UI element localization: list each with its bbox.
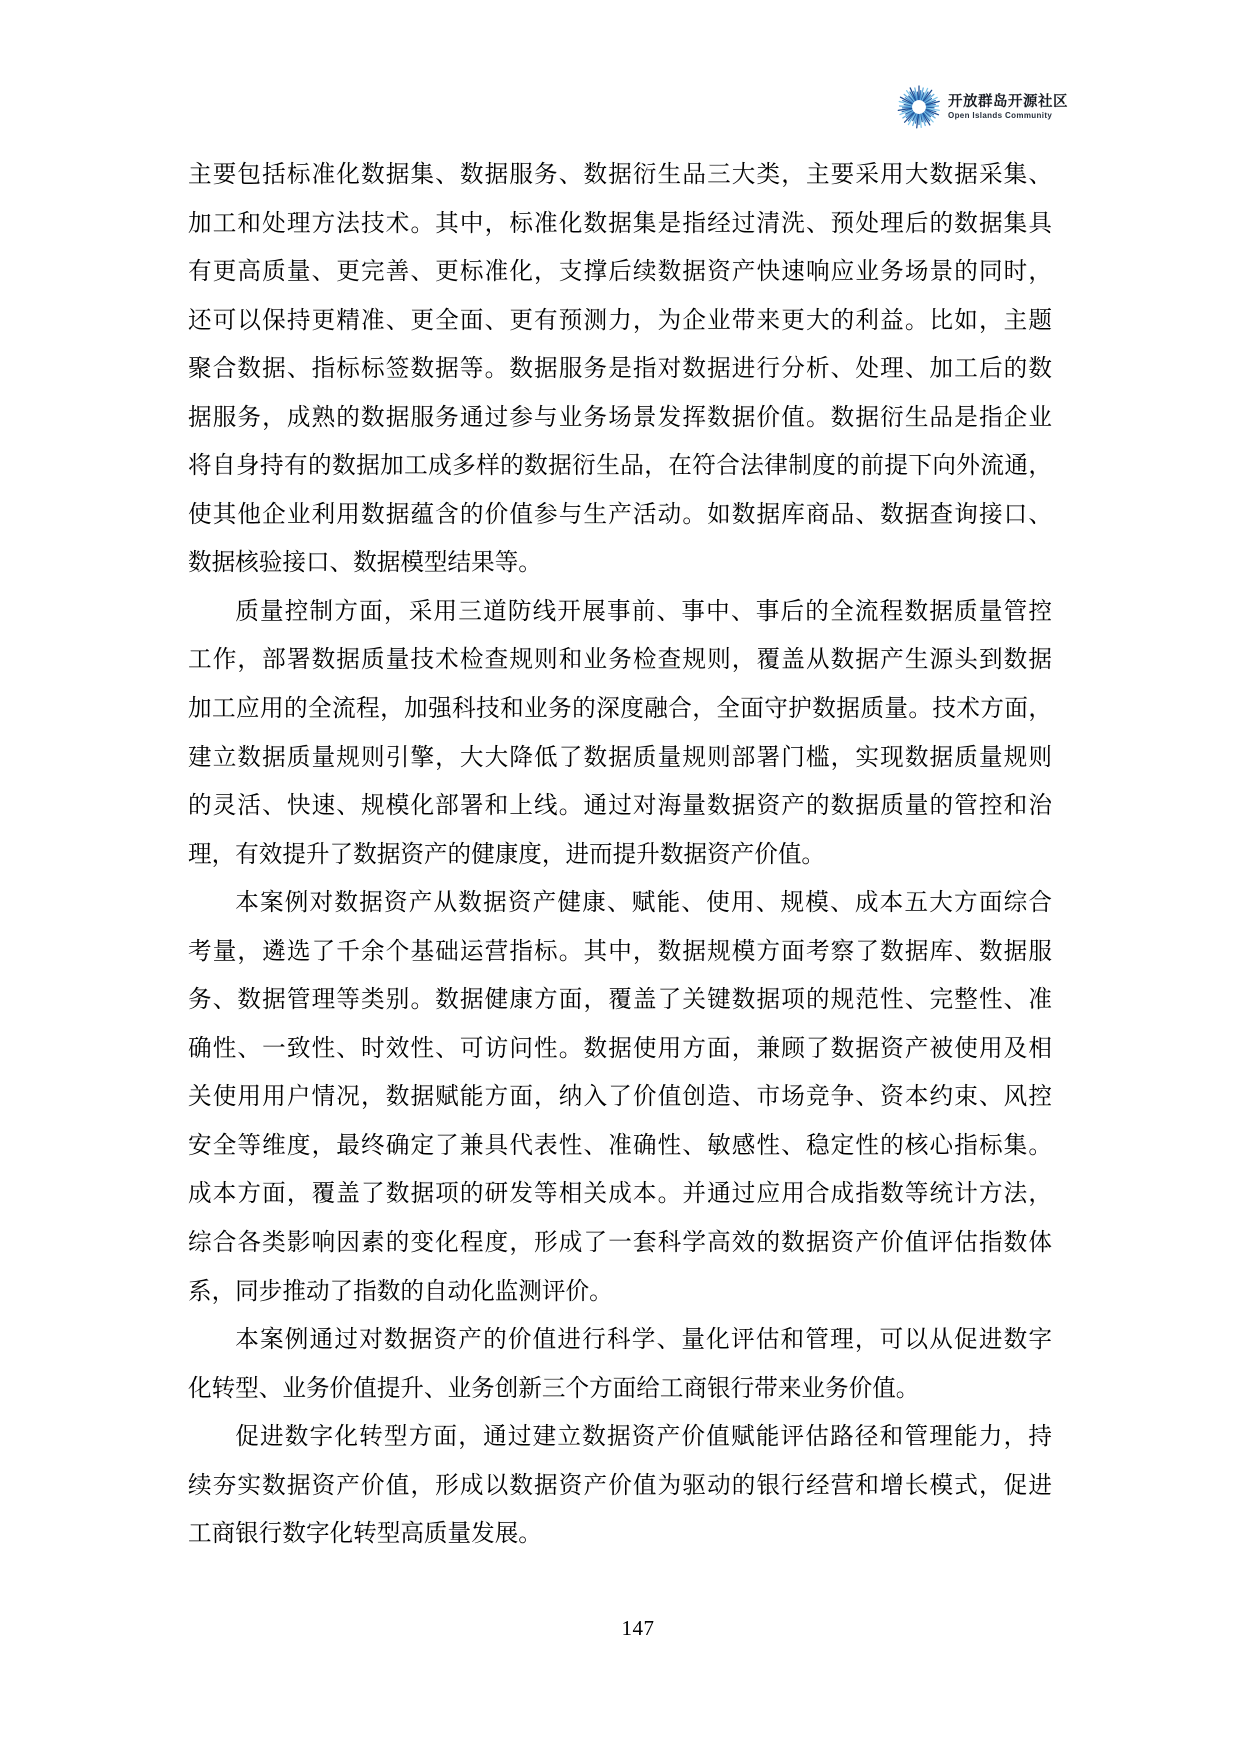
- document-page: 开放群岛开源社区 Open Islands Community 主要包括标准化数…: [0, 0, 1240, 1753]
- text-line: 促进数字化转型方面，通过建立数据资产价值赋能评估路径和管理能力，持: [188, 1413, 1052, 1462]
- logo-subtitle: Open Islands Community: [948, 111, 1068, 120]
- text-line: 有更高质量、更完善、更标准化，支撑后续数据资产快速响应业务场景的同时，: [188, 248, 1052, 297]
- text-line: 的灵活、快速、规模化部署和上线。通过对海量数据资产的数据质量的管控和治: [188, 782, 1052, 831]
- paragraph: 主要包括标准化数据集、数据服务、数据衍生品三大类，主要采用大数据采集、加工和处理…: [188, 151, 1052, 588]
- text-line: 确性、一致性、时效性、可访问性。数据使用方面，兼顾了数据资产被使用及相: [188, 1025, 1052, 1074]
- logo-text: 开放群岛开源社区 Open Islands Community: [948, 94, 1068, 120]
- text-line: 主要包括标准化数据集、数据服务、数据衍生品三大类，主要采用大数据采集、: [188, 151, 1052, 200]
- logo-title: 开放群岛开源社区: [948, 94, 1068, 110]
- paragraph: 质量控制方面，采用三道防线开展事前、事中、事后的全流程数据质量管控工作，部署数据…: [188, 588, 1052, 879]
- text-line: 系，同步推动了指数的自动化监测评价。: [188, 1268, 1052, 1317]
- text-line: 工商银行数字化转型高质量发展。: [188, 1510, 1052, 1559]
- text-line: 质量控制方面，采用三道防线开展事前、事中、事后的全流程数据质量管控: [188, 588, 1052, 637]
- text-line: 安全等维度，最终确定了兼具代表性、准确性、敏感性、稳定性的核心指标集。: [188, 1122, 1052, 1171]
- text-line: 综合各类影响因素的变化程度，形成了一套科学高效的数据资产价值评估指数体: [188, 1219, 1052, 1268]
- document-body: 主要包括标准化数据集、数据服务、数据衍生品三大类，主要采用大数据采集、加工和处理…: [188, 151, 1052, 1559]
- text-line: 本案例通过对数据资产的价值进行科学、量化评估和管理，可以从促进数字: [188, 1316, 1052, 1365]
- text-line: 关使用用户情况，数据赋能方面，纳入了价值创造、市场竞争、资本约束、风控: [188, 1073, 1052, 1122]
- text-line: 据服务，成熟的数据服务通过参与业务场景发挥数据价值。数据衍生品是指企业: [188, 394, 1052, 443]
- text-line: 使其他企业利用数据蕴含的价值参与生产活动。如数据库商品、数据查询接口、: [188, 491, 1052, 540]
- text-line: 化转型、业务价值提升、业务创新三个方面给工商银行带来业务价值。: [188, 1365, 1052, 1414]
- text-line: 本案例对数据资产从数据资产健康、赋能、使用、规模、成本五大方面综合: [188, 879, 1052, 928]
- open-islands-sunburst-icon: [897, 85, 941, 129]
- page-number: 147: [18, 1616, 1240, 1641]
- text-line: 将自身持有的数据加工成多样的数据衍生品，在符合法律制度的前提下向外流通，: [188, 442, 1052, 491]
- text-line: 成本方面，覆盖了数据项的研发等相关成本。并通过应用合成指数等统计方法，: [188, 1170, 1052, 1219]
- text-line: 数据核验接口、数据模型结果等。: [188, 539, 1052, 588]
- text-line: 考量，遴选了千余个基础运营指标。其中，数据规模方面考察了数据库、数据服: [188, 928, 1052, 977]
- text-line: 续夯实数据资产价值，形成以数据资产价值为驱动的银行经营和增长模式，促进: [188, 1462, 1052, 1511]
- text-line: 建立数据质量规则引擎，大大降低了数据质量规则部署门槛，实现数据质量规则: [188, 734, 1052, 783]
- text-line: 加工和处理方法技术。其中，标准化数据集是指经过清洗、预处理后的数据集具: [188, 200, 1052, 249]
- text-line: 工作，部署数据质量技术检查规则和业务检查规则，覆盖从数据产生源头到数据: [188, 636, 1052, 685]
- text-line: 还可以保持更精准、更全面、更有预测力，为企业带来更大的利益。比如，主题: [188, 297, 1052, 346]
- paragraph: 本案例通过对数据资产的价值进行科学、量化评估和管理，可以从促进数字化转型、业务价…: [188, 1316, 1052, 1413]
- text-line: 理，有效提升了数据资产的健康度，进而提升数据资产价值。: [188, 831, 1052, 880]
- paragraph: 促进数字化转型方面，通过建立数据资产价值赋能评估路径和管理能力，持续夯实数据资产…: [188, 1413, 1052, 1559]
- text-line: 聚合数据、指标标签数据等。数据服务是指对数据进行分析、处理、加工后的数: [188, 345, 1052, 394]
- text-line: 务、数据管理等类别。数据健康方面，覆盖了关键数据项的规范性、完整性、准: [188, 976, 1052, 1025]
- logo: 开放群岛开源社区 Open Islands Community: [897, 85, 1068, 129]
- text-line: 加工应用的全流程，加强科技和业务的深度融合，全面守护数据质量。技术方面，: [188, 685, 1052, 734]
- paragraph: 本案例对数据资产从数据资产健康、赋能、使用、规模、成本五大方面综合考量，遴选了千…: [188, 879, 1052, 1316]
